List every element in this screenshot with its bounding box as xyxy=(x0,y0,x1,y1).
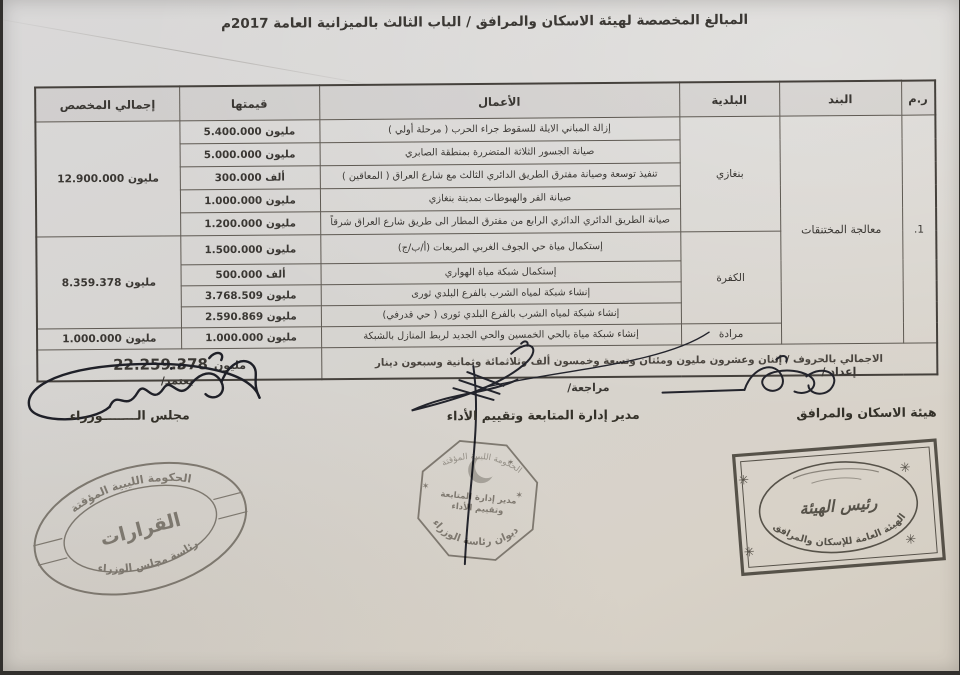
authority-seal-stamp: ✳ ✳ ✳ ✳ الهيئة العامة للإسكان والمرافق ر… xyxy=(731,437,947,577)
value-cell: 1.200.000 مليون xyxy=(180,212,320,236)
value-cell: 2.590.869 مليون xyxy=(181,306,321,328)
value-cell: 500.000 ألف xyxy=(181,264,321,286)
oval-stamp-graphic: الحكومة الليبية المؤقتة رئاسة مجلس الوزر… xyxy=(11,434,270,626)
works-cell: إنشاء شبكة لمياه الشرب بالفرع البلدي ثور… xyxy=(321,303,681,327)
grand-total-number: 22.259.378 xyxy=(113,355,208,374)
value-cell: 5.400.000 مليون xyxy=(179,120,319,144)
item-cell: معالجة المختنقات xyxy=(779,115,903,344)
grand-total-unit: مليون xyxy=(214,359,246,372)
value-cell: 3.768.509 مليون xyxy=(181,285,321,307)
value-cell: 1.000.000 مليون xyxy=(180,189,320,213)
prepared-org: هيئة الاسكان والمرافق xyxy=(796,404,936,420)
value-cell: 1.500.000 مليون xyxy=(180,235,320,265)
works-cell: إنشاء شبكة مياة بالحي الخمسين والحي الجد… xyxy=(321,324,681,348)
seal-stamp-graphic: ✳ ✳ ✳ ✳ الهيئة العامة للإسكان والمرافق ر… xyxy=(731,437,947,577)
header-item: البند xyxy=(779,81,901,116)
header-works: الأعمال xyxy=(319,82,679,119)
municipality-cell: مرادة xyxy=(681,323,781,345)
allocations-table: ر.م البند البلدية الأعمال قيمتها إجمالي … xyxy=(34,79,938,382)
header-total: إجمالي المخصص xyxy=(35,86,179,122)
group-total-cell: 12.900.000 مليون xyxy=(35,121,180,237)
document-title: المبالغ المخصصة لهيئة الاسكان والمرافق /… xyxy=(5,10,960,34)
works-cell: صيانة الفر والهبوطات بمدينة بنغازي xyxy=(320,186,680,212)
works-cell: إستكمال مياة حي الجوف الغربي المربعات (أ… xyxy=(320,232,680,264)
header-value: قيمتها xyxy=(179,85,319,121)
cabinet-decisions-stamp: الحكومة الليبية المؤقتة رئاسة مجلس الوزر… xyxy=(11,434,270,626)
municipality-cell: الكفرة xyxy=(680,231,781,324)
value-cell: 300.000 ألف xyxy=(180,166,320,190)
octagon-stamp-graphic: ✶ ✶ ✶ الحكومة الليبية المؤقتة ديوان رئاس… xyxy=(388,420,569,578)
reviewed-org: مدير إدارة المتابعة وتقييم الأداء xyxy=(447,407,640,424)
seal-center-text: رئيس الهيئة xyxy=(799,493,878,519)
value-cell: 1.000.000 مليون xyxy=(181,327,321,349)
works-cell: إستكمال شبكة مياة الهواري xyxy=(320,261,680,285)
star-icon: ✶ xyxy=(421,482,429,493)
seal-ornament-icon: ✳ xyxy=(905,532,917,548)
works-cell: تنفيذ توسعة وصيانة مفترق الطريق الدائري … xyxy=(320,163,680,189)
header-serial: ر.م xyxy=(901,80,935,115)
oval-stamp-center-text: القرارات xyxy=(98,509,183,551)
header-municipality: البلدية xyxy=(679,82,779,117)
works-cell: صيانة الطريق الدائري الدائري الرابع من م… xyxy=(320,209,680,235)
serial-cell: 1. xyxy=(901,115,937,343)
group-total-cell: 1.000.000 مليون xyxy=(37,328,181,350)
document-content: المبالغ المخصصة لهيئة الاسكان والمرافق /… xyxy=(0,0,960,675)
seal-ornament-icon: ✳ xyxy=(738,473,750,489)
review-octagon-stamp: ✶ ✶ ✶ الحكومة الليبية المؤقتة ديوان رئاس… xyxy=(388,420,569,578)
approved-org: مجلس الــــــــوزراء xyxy=(70,407,190,423)
scanned-document: { "document": { "title": "المبالغ المخصص… xyxy=(0,0,960,675)
municipality-cell: بنغازي xyxy=(679,116,780,232)
group-total-cell: 8.359.378 مليون xyxy=(36,236,181,329)
works-cell: إنشاء شبكة لمياه الشرب بالفرع البلدي ثور… xyxy=(321,282,681,306)
seal-ornament-icon: ✳ xyxy=(743,545,755,561)
works-cell: إزالة المباني الايلة للسقوط جراء الحرب (… xyxy=(319,117,679,143)
reviewed-label: مراجعة/ xyxy=(567,381,609,394)
seal-ornament-icon: ✳ xyxy=(899,461,911,477)
value-cell: 5.000.000 مليون xyxy=(180,143,320,167)
works-cell: صيانة الجسور الثلاثة المتضررة بمنطقة الص… xyxy=(320,140,680,166)
prepared-label: إعداد / xyxy=(821,365,856,378)
approved-label: يعتمد/ xyxy=(161,374,194,387)
